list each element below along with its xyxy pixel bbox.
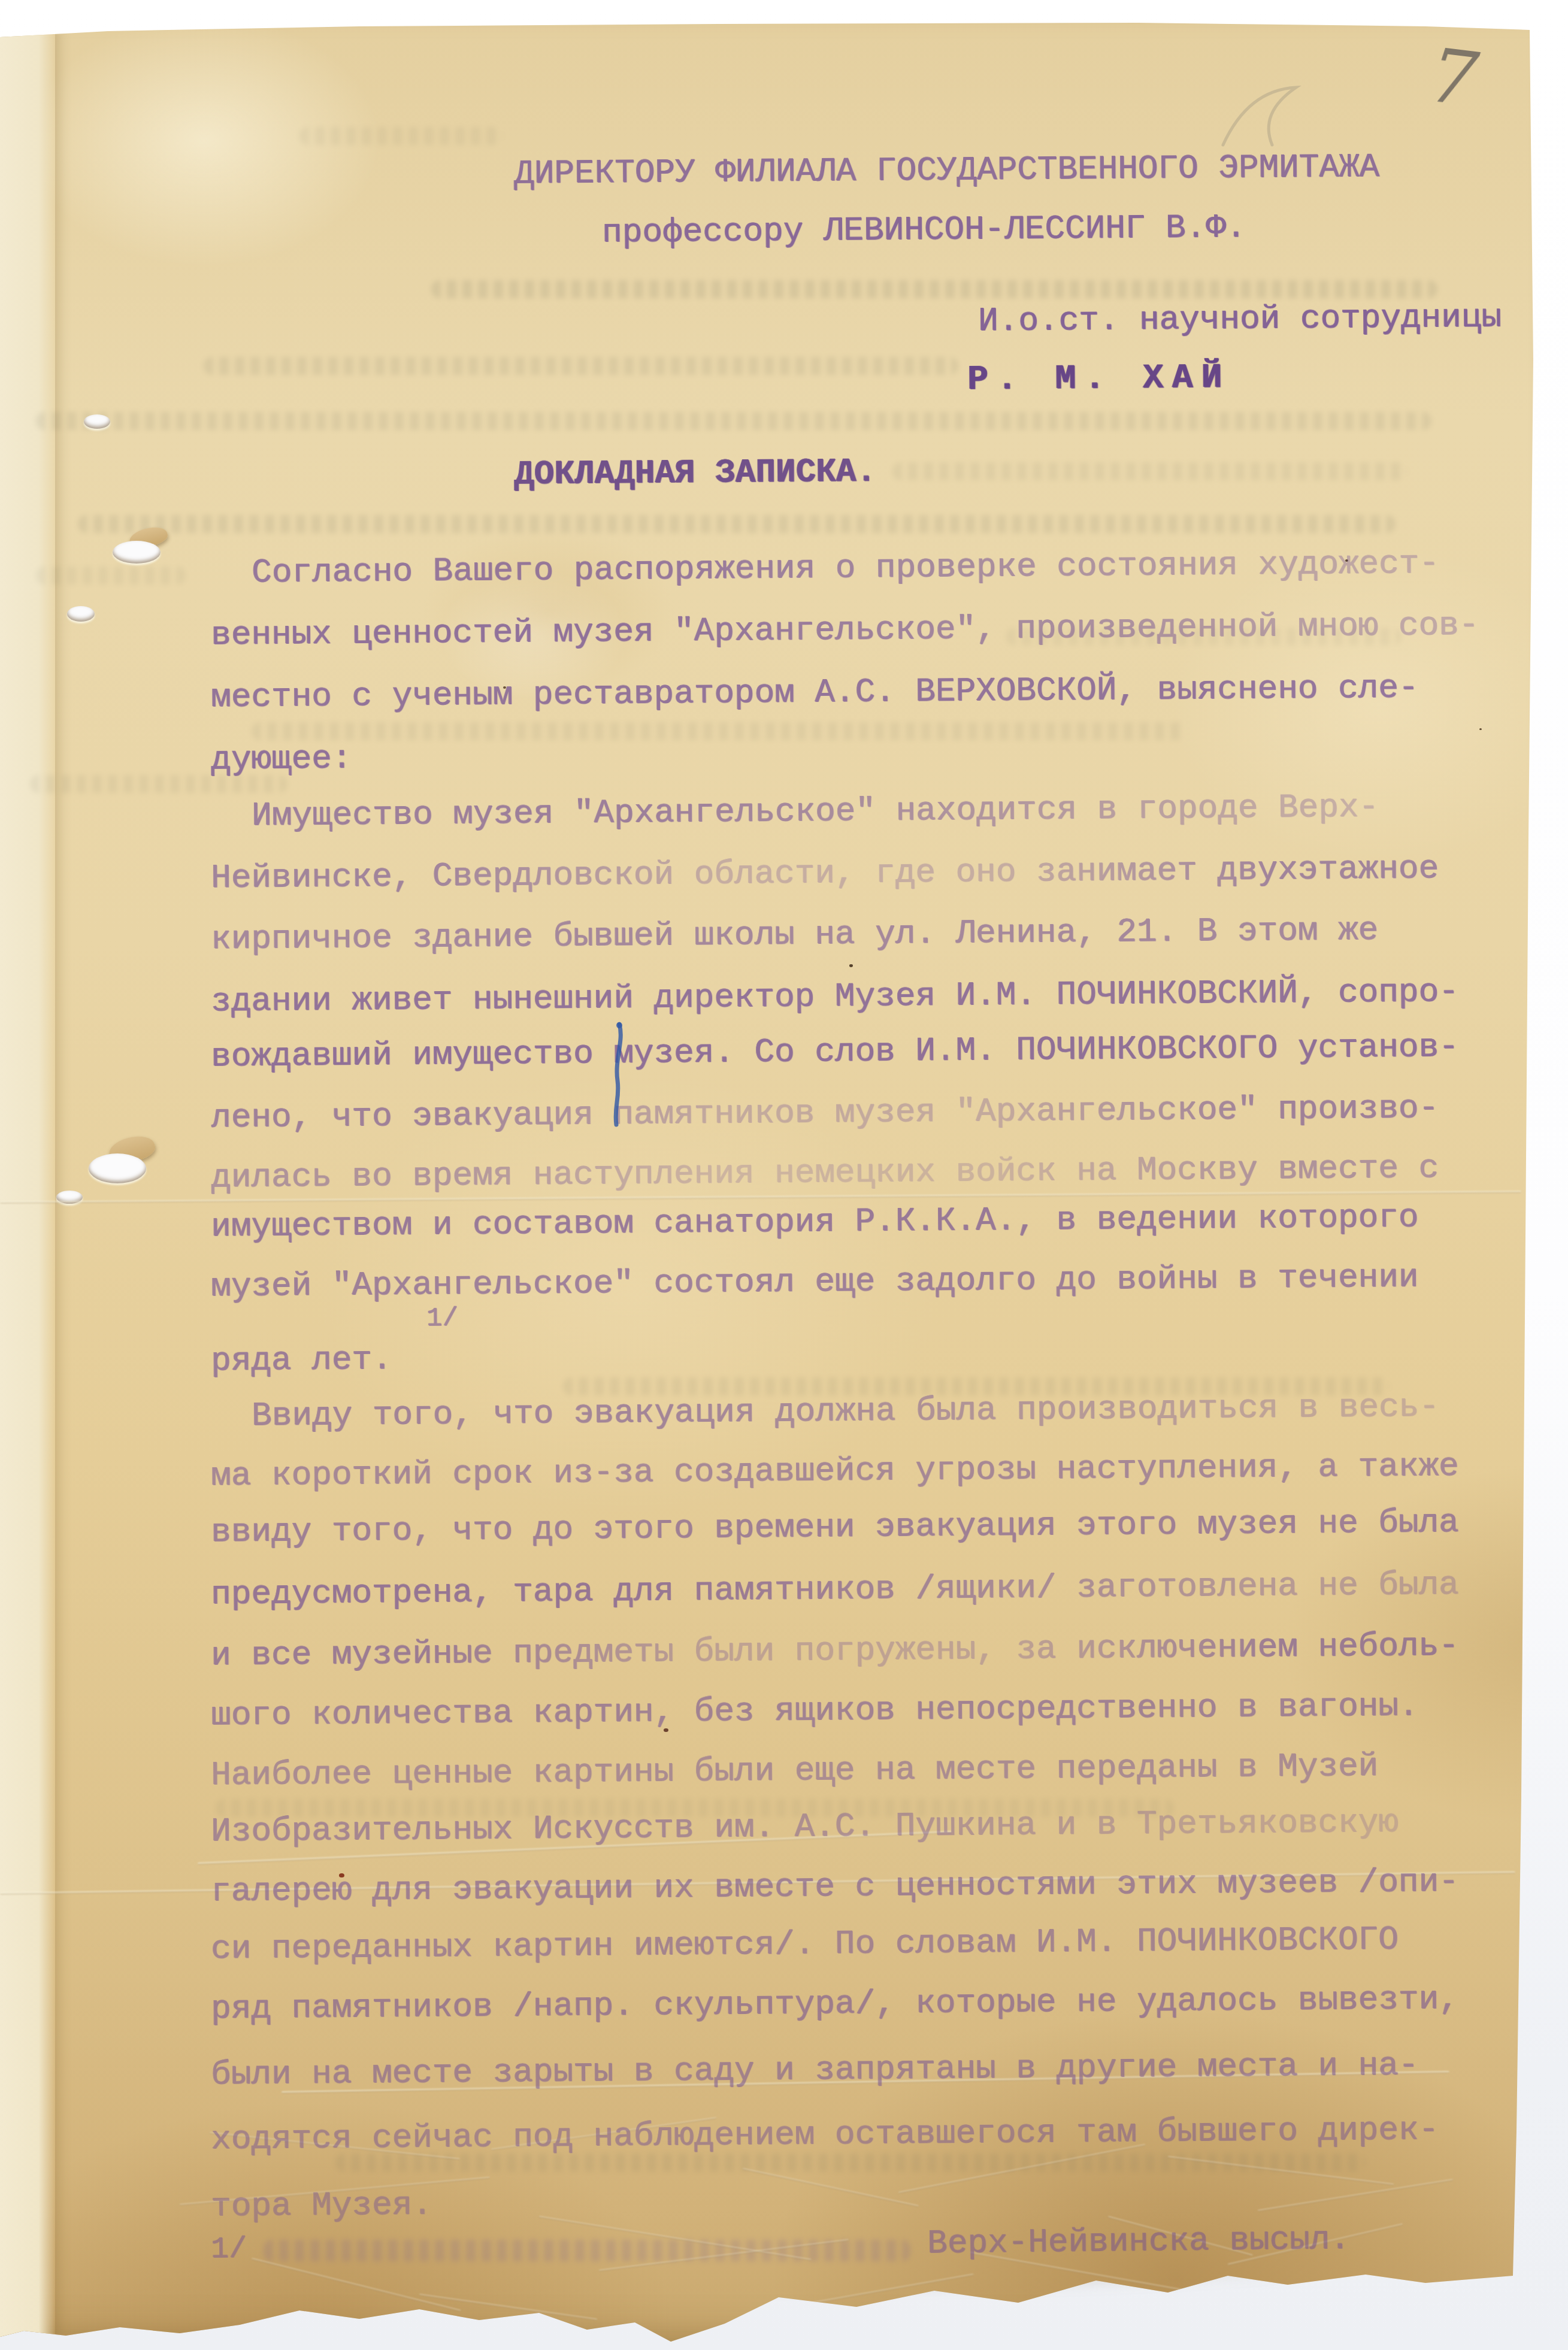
body-23: галерею для эвакуации их вместе с ценнос… bbox=[211, 1865, 1459, 1908]
sender-line-2: Р. М. ХАЙ bbox=[967, 361, 1231, 398]
body-18: предусмотрена, тара для памятников /ящик… bbox=[211, 1568, 1459, 1611]
paper-wrinkle bbox=[1258, 2179, 1453, 2212]
body-12: имуществом и составом санатория Р.К.К.А.… bbox=[211, 1200, 1419, 1243]
bleedthrough-line bbox=[78, 515, 1396, 533]
punch-hole bbox=[84, 414, 110, 429]
bleedthrough-line bbox=[36, 567, 186, 585]
body-1: Согласно Вашего распоряжения о проверке … bbox=[252, 546, 1439, 589]
title: ДОКЛАДНАЯ ЗАПИСКА. bbox=[514, 455, 876, 491]
body-10: лено, что эвакуация памятников музея "Ар… bbox=[211, 1091, 1439, 1134]
body-21: Наиболее ценные картины были еще на мест… bbox=[211, 1749, 1379, 1792]
body-11: дилась во время наступления немецких вой… bbox=[211, 1151, 1439, 1194]
body-8: здании живет нынешний директор Музея И.М… bbox=[211, 975, 1459, 1018]
bleedthrough-line bbox=[252, 722, 1186, 740]
body-13: музей "Архангельское" состоял еще задолг… bbox=[211, 1260, 1419, 1303]
paper-wrinkle bbox=[743, 2168, 919, 2207]
bleedthrough-line bbox=[204, 357, 958, 375]
body-14: ряда лет. bbox=[211, 1343, 392, 1377]
body-3: местно с ученым реставратором А.С. ВЕРХО… bbox=[211, 671, 1419, 714]
punch-hole bbox=[113, 541, 161, 564]
footnote-prefix: 1/ bbox=[211, 2235, 247, 2265]
body-16: ма короткий срок из-за создавшейся угроз… bbox=[211, 1449, 1459, 1492]
bleedthrough-line bbox=[892, 462, 1407, 480]
paper-wrinkle bbox=[252, 2258, 461, 2312]
body-27: ходятся сейчас под наблюдением оставшего… bbox=[211, 2113, 1439, 2156]
sender-line-1: И.о.ст. научной сотрудницы bbox=[978, 300, 1502, 338]
page-number-pencil: 7 bbox=[1425, 32, 1483, 124]
recipient-line-2: профессору ЛЕВИНСОН-ЛЕССИНГ В.Ф. bbox=[602, 211, 1246, 249]
bleedthrough-line bbox=[36, 412, 1431, 430]
footnote-tail: Верх-Нейвинска высыл. bbox=[927, 2222, 1350, 2260]
punch-hole bbox=[67, 606, 95, 622]
bleedthrough-line bbox=[299, 127, 503, 145]
body-17: ввиду того, что до этого времени эвакуац… bbox=[211, 1506, 1459, 1549]
document-scan-page: ДИРЕКТОРУ ФИЛИАЛА ГОСУДАРСТВЕННОГО ЭРМИТ… bbox=[0, 0, 1568, 2350]
folded-edge-strip bbox=[0, 24, 55, 2342]
paper-speck bbox=[849, 964, 853, 967]
bleedthrough-line bbox=[431, 280, 1437, 298]
document-scan: ДИРЕКТОРУ ФИЛИАЛА ГОСУДАРСТВЕННОГО ЭРМИТ… bbox=[0, 0, 1568, 2350]
body-20: шого количества картин, без ящиков непос… bbox=[211, 1689, 1419, 1732]
paper-speck bbox=[1479, 728, 1482, 730]
body-5: Имущество музея "Архангельское" находитс… bbox=[252, 790, 1379, 832]
body-7: кирпичное здание бывшей школы на ул. Лен… bbox=[211, 913, 1379, 956]
body-9: вождавший имущество музея. Со слов И.М. … bbox=[211, 1030, 1459, 1073]
body-19: и все музейные предметы были погружены, … bbox=[211, 1629, 1459, 1672]
body-6: Нейвинске, Свердловской области, где оно… bbox=[211, 852, 1439, 895]
recipient-line-1: ДИРЕКТОРУ ФИЛИАЛА ГОСУДАРСТВЕННОГО ЭРМИТ… bbox=[514, 150, 1379, 190]
body-24: си переданных картин имеются/. По словам… bbox=[211, 1922, 1399, 1966]
body-15: Ввиду того, что эвакуация должна была пр… bbox=[252, 1389, 1439, 1433]
body-25: ряд памятников /напр. скульптура/, котор… bbox=[211, 1982, 1459, 2025]
footnote-ref: 1/ bbox=[426, 1306, 458, 1332]
body-26: были на месте зарыты в саду и запрятаны … bbox=[211, 2048, 1419, 2091]
body-4: дующее: bbox=[211, 741, 352, 776]
paper-wrinkle bbox=[809, 2273, 974, 2304]
body-28: тора Музея. bbox=[211, 2188, 432, 2223]
punch-hole bbox=[89, 1153, 146, 1183]
